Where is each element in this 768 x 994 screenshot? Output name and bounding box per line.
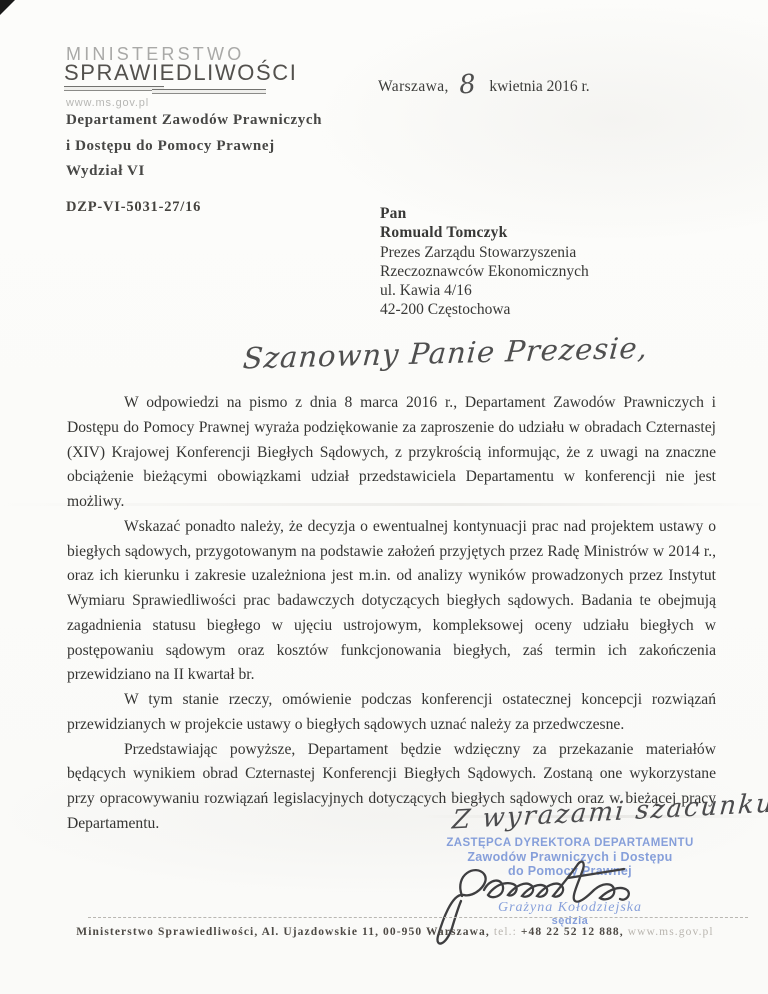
body-paragraph-2: Wskazać ponadto należy, że decyzja o ewe… [67,515,716,688]
footer-website: www.ms.gov.pl [628,926,714,938]
addressee-block: Pan Romuald Tomczyk Prezes Zarządu Stowa… [380,204,589,320]
scan-corner-artifact [0,0,15,15]
footer-address-line: Ministerstwo Sprawiedliwości, Al. Ujazdo… [50,926,740,938]
footer-tel-label: tel.: [494,926,521,938]
department-name-line1: Departament Zawodów Prawniczych [66,112,322,129]
logo-divider-segment [152,89,266,94]
addressee-name: Romuald Tomczyk [380,223,589,242]
department-division: Wydział VI [66,163,145,180]
dateline-handwritten-day: 8 [458,77,475,92]
addressee-role-line1: Prezes Zarządu Stowarzyszenia [380,243,589,262]
logo-divider-rule [64,86,266,95]
footer-address: Ministerstwo Sprawiedliwości, Al. Ujazdo… [76,926,494,938]
footer-divider [88,917,748,918]
logo-divider-segment [64,86,164,91]
letter-body: W odpowiedzi na pismo z dnia 8 marca 201… [67,391,716,837]
dateline: Warszawa,8kwietnia 2016 r. [378,76,590,96]
addressee-role-line2: Rzeczoznawców Ekonomicznych [380,262,589,281]
department-name-line2: i Dostępu do Pomocy Prawnej [66,138,275,155]
addressee-title: Pan [380,204,589,223]
dateline-place: Warszawa, [378,78,449,95]
ministry-logo-line2: SPRAWIEDLIWOŚCI [64,60,297,86]
scanned-letter-page: MINISTERSTWO SPRAWIEDLIWOŚCI www.ms.gov.… [0,0,768,994]
addressee-street: ul. Kawia 4/16 [380,281,589,300]
addressee-city: 42-200 Częstochowa [380,300,589,319]
stamp-line1: ZASTĘPCA DYREKTORA DEPARTAMENTU [437,837,703,850]
dateline-month-year: kwietnia 2016 r. [489,78,589,95]
body-paragraph-3: W tym stanie rzeczy, omówienie podczas k… [67,688,716,738]
ministry-website-text: www.ms.gov.pl [66,97,149,109]
reference-number: DZP-VI-5031-27/16 [66,199,201,216]
footer-phone: +48 22 52 12 888, [521,926,628,938]
body-paragraph-1: W odpowiedzi na pismo z dnia 8 marca 201… [67,391,716,515]
handwritten-salutation: Szanowny Panie Prezesie, [242,331,650,376]
